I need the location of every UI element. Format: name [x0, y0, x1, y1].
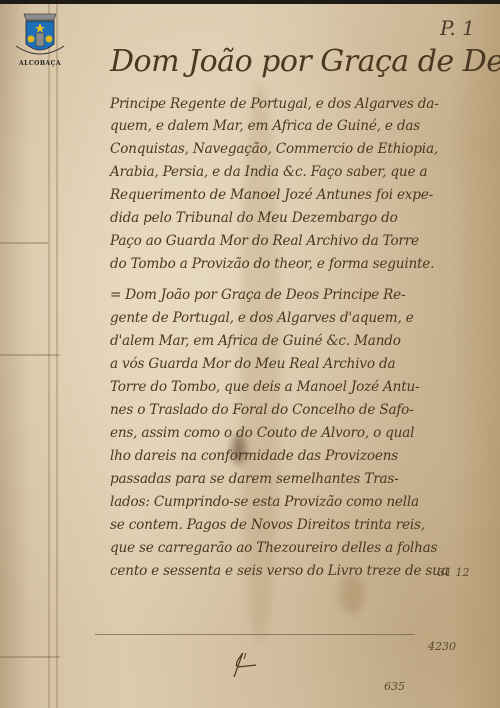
text-line: Arabia, Persia, e da India &c. Faço sabe… — [110, 164, 427, 180]
text-line: lho dareis na conformidade das Provizoen… — [110, 448, 398, 464]
signature-rubric — [230, 649, 270, 685]
page-number: P. 1 — [440, 16, 475, 40]
text-line: = Dom João por Graça de Deos Principe Re… — [110, 287, 405, 303]
manuscript-page: ALCOBAÇA P. 1 Dom João por Graça de Deos… — [0, 4, 500, 708]
text-line: lados: Cumprindo-se esta Provizão como n… — [110, 494, 419, 510]
text-line: d'alem Mar, em Africa de Guiné &c. Mando — [110, 333, 401, 349]
margin-note: 4230 — [428, 640, 456, 653]
text-line: dida pelo Tribunal do Meu Dezembargo do — [110, 210, 398, 226]
text-line: Principe Regente de Portugal, e dos Alga… — [110, 96, 439, 112]
text-line: Paço ao Guarda Mor do Real Archivo da To… — [110, 233, 419, 249]
water-stain — [340, 574, 364, 614]
text-line: Requerimento de Manoel Jozé Antunes foi … — [110, 187, 433, 203]
text-line: do Tombo a Provizão do theor, e forma se… — [110, 256, 434, 272]
fold-line — [0, 242, 48, 244]
margin-note: 635 — [384, 680, 405, 693]
coat-of-arms-icon: ALCOBAÇA — [10, 10, 70, 72]
crest-label: ALCOBAÇA — [10, 60, 70, 67]
text-line: quem, e dalem Mar, em Africa de Guiné, e… — [110, 118, 420, 134]
text-line: passadas para se darem semelhantes Tras- — [110, 471, 399, 487]
text-line: se contem. Pagos de Novos Direitos trint… — [110, 517, 425, 533]
text-line: que se carregarão ao Thezoureiro delles … — [110, 540, 437, 556]
margin-note: 31 12 — [438, 566, 470, 579]
fold-line — [0, 656, 60, 658]
fold-line — [0, 354, 60, 356]
text-line: nes o Traslado do Foral do Concelho de S… — [110, 402, 414, 418]
document-title: Dom João por Graça de Deos — [110, 44, 500, 79]
text-line: Torre do Tombo, que deis a Manoel Jozé A… — [110, 379, 419, 395]
text-line: Conquistas, Navegação, Commercio de Ethi… — [110, 141, 438, 157]
text-line: cento e sessenta e seis verso do Livro t… — [110, 563, 449, 579]
fold-line — [56, 4, 58, 708]
text-line: ens, assim como o do Couto de Alvoro, o … — [110, 425, 414, 441]
text-line: a vós Guarda Mor do Meu Real Archivo da — [110, 356, 395, 372]
fold-line — [48, 4, 50, 708]
text-line: gente de Portugal, e dos Algarves d'aque… — [110, 310, 414, 326]
